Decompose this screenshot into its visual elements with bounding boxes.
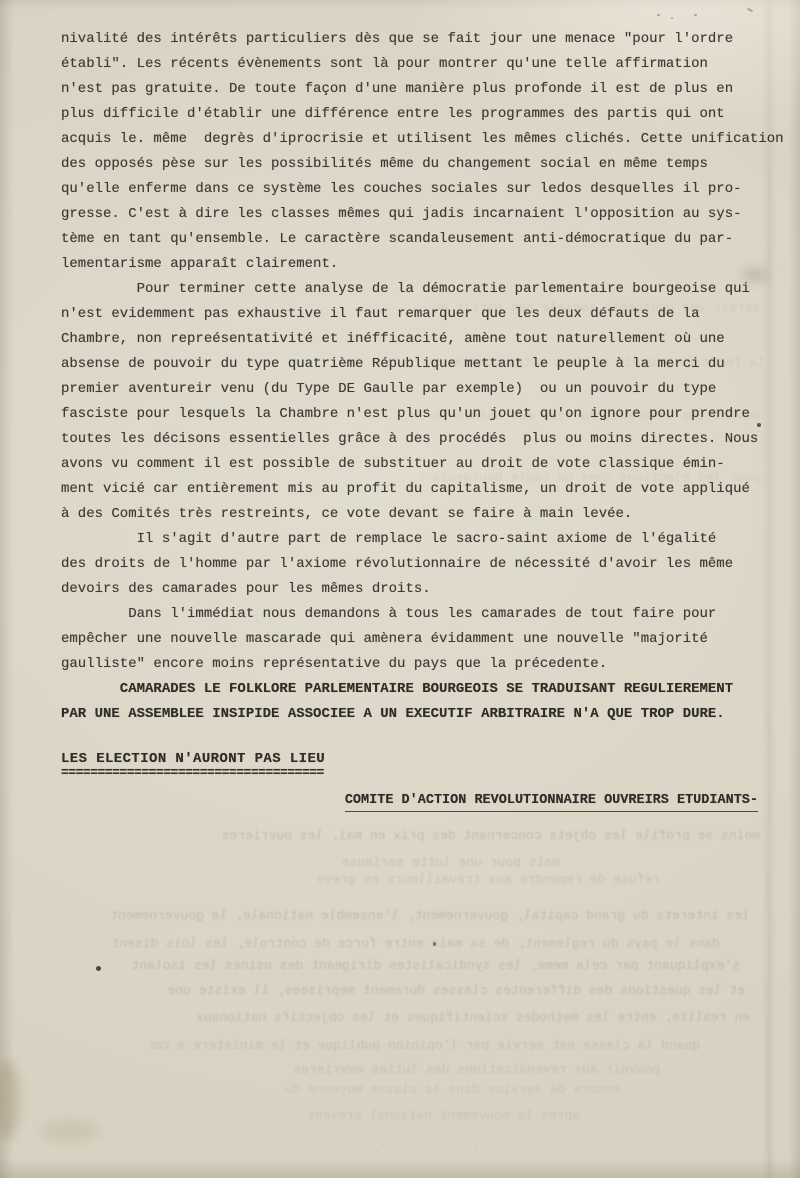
- bleedthrough-text: et les questions des differentes classes…: [55, 983, 745, 999]
- text-line: des opposés pèse sur les possibilités mê…: [61, 152, 800, 177]
- text-line: établi". Les récents évènements sont là …: [61, 52, 800, 77]
- ink-speck: [96, 966, 101, 971]
- text-line: lementarisme apparaît clairement.: [61, 252, 800, 277]
- text-line: toutes les décisons essentielles grâce à…: [61, 427, 800, 452]
- text-line: devoirs des camarades pour les mêmes dro…: [61, 577, 800, 602]
- text-line: acquis le. même degrès d'iprocrisie et u…: [61, 127, 800, 152]
- body-text: nivalité des intérêts particuliers dès q…: [61, 27, 800, 727]
- bleedthrough-text: mais pour une lutte serieuse: [250, 855, 560, 871]
- text-line: plus difficile d'établir une différence …: [61, 102, 800, 127]
- text-line: premier aventureir venu (du Type DE Gaul…: [61, 377, 800, 402]
- pencil-dot: [694, 14, 697, 16]
- pencil-dot: [657, 14, 660, 16]
- text-line: Dans l'immédiat nous demandons à tous le…: [61, 602, 800, 627]
- text-line: tème en tant qu'ensemble. Le caractère s…: [61, 227, 800, 252]
- slogan-block: LES ELECTION N'AURONT PAS LIEU =========…: [61, 749, 325, 779]
- signature-text: COMITE D'ACTION REVOLUTIONNAIRE OUVREIRS…: [345, 792, 758, 812]
- bleedthrough-text: dans le pays du reglement, de sa main en…: [100, 936, 720, 952]
- text-line: nivalité des intérêts particuliers dès q…: [61, 27, 800, 52]
- bleedthrough-text: moins se profile les objets concernant d…: [205, 828, 760, 844]
- bleedthrough-text: apres le mouvement national present: [200, 1108, 580, 1124]
- text-line: à des Comités très restreints, ce vote d…: [61, 502, 800, 527]
- text-line: des droits de l'homme par l'axiome révol…: [61, 552, 800, 577]
- pencil-mark: [747, 8, 753, 13]
- text-line: empêcher une nouvelle mascarade qui amèn…: [61, 627, 800, 652]
- text-line: gaulliste" encore moins représentative d…: [61, 652, 800, 677]
- text-line: n'est pas gratuite. De toute façon d'une…: [61, 77, 800, 102]
- bleedthrough-text: pouvoir aux revendications des luttes ou…: [180, 1062, 660, 1078]
- text-line: Pour terminer cette analyse de la démocr…: [61, 277, 800, 302]
- text-line: absense de pouvoir du type quatrième Rép…: [61, 352, 800, 377]
- text-line: ment vicié car entièrement mis au profit…: [61, 477, 800, 502]
- ink-speck: [757, 423, 761, 427]
- text-line: Il s'agit d'autre part de remplace le sa…: [61, 527, 800, 552]
- slogan-underline: ====================================: [61, 767, 325, 779]
- smudge: [40, 1120, 100, 1142]
- text-line: n'est evidemment pas exhaustive il faut …: [61, 302, 800, 327]
- text-line: avons vu comment il est possible de subs…: [61, 452, 800, 477]
- bleedthrough-text: quand la classe est servie par l'opinion…: [150, 1038, 700, 1054]
- text-line: CAMARADES LE FOLKLORE PARLEMENTAIRE BOUR…: [61, 677, 800, 702]
- smudge: [0, 1060, 20, 1140]
- text-line: qu'elle enferme dans ce système les couc…: [61, 177, 800, 202]
- bleedthrough-text: encore de service dans la classe moyenne…: [150, 1082, 620, 1098]
- pencil-dot: [671, 17, 673, 19]
- bleedthrough-text: les interets du grand capital, gouvernem…: [100, 908, 750, 924]
- bleedthrough-text: en realite, entre les methodes scientifi…: [130, 1010, 750, 1026]
- scanned-page: serait une bourgeois sociale des partis …: [0, 0, 800, 1178]
- text-line: PAR UNE ASSEMBLEE INSIPIDE ASSOCIEE A UN…: [61, 702, 800, 727]
- bleedthrough-text: . . . . . . . .: [320, 1135, 480, 1151]
- red-speck: [433, 942, 436, 946]
- bleedthrough-text: s'expliquant par cela meme, les syndical…: [60, 958, 740, 974]
- text-line: gresse. C'est à dire les classes mêmes q…: [61, 202, 800, 227]
- text-line: fasciste pour lesquels la Chambre n'est …: [61, 402, 800, 427]
- bleedthrough-text: refuse de repondre aux travailleurs en g…: [240, 872, 660, 888]
- smudge: [742, 268, 768, 282]
- text-line: Chambre, non repreésentativité et inéffi…: [61, 327, 800, 352]
